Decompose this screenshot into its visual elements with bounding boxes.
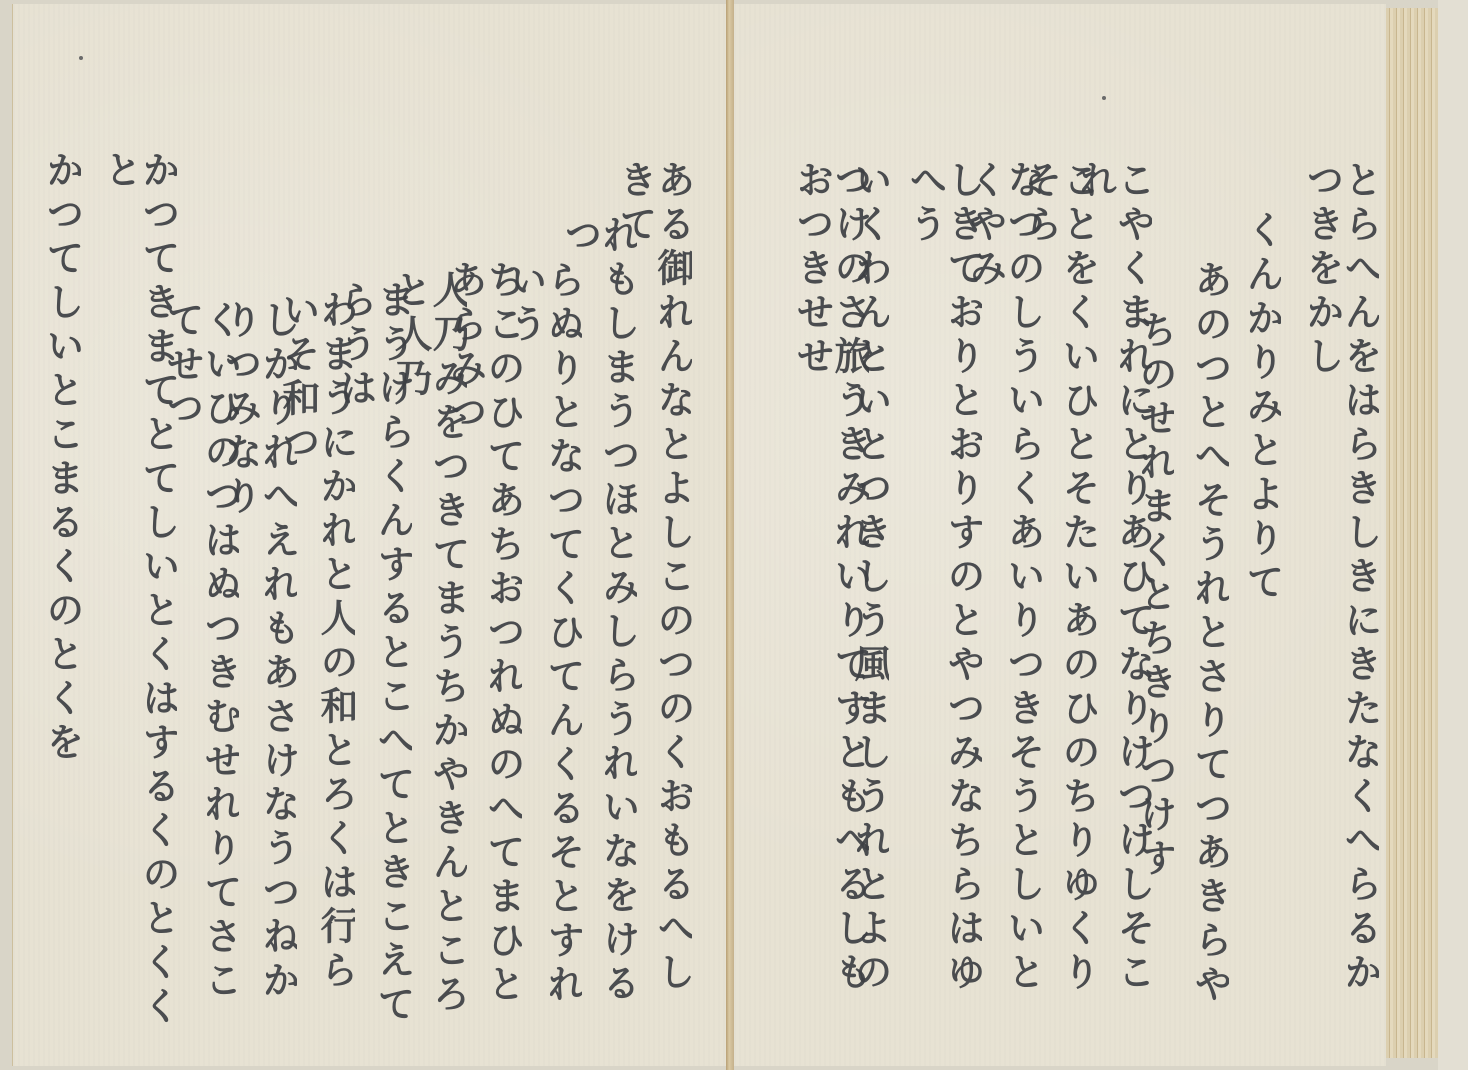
right-text-column: くんかりみとよりて (1243, 210, 1281, 606)
paper-speck (1102, 96, 1106, 100)
right-text-column: つけのさ旅うきみれいりてすともへるしもおつきせせ (793, 160, 869, 1030)
book-spread: とらへんをはらきしきにきたなくへらるかつきをかしくんかりみとよりてあのつとへそう… (0, 0, 1468, 1070)
left-text-column: かつてしいとこまるくのとくを (43, 150, 81, 766)
right-text-column: しきておりとおりすのとやつみなちらはゆへう (906, 160, 982, 1030)
paper-speck (79, 56, 83, 60)
background-right (1438, 0, 1468, 1070)
page-edges (1386, 8, 1438, 1058)
book-gutter (726, 0, 734, 1070)
right-text-column: あのつとへそうれとさりてつあきらや (1191, 260, 1229, 1008)
left-text-column: かつてきまてとてしいとくはするくのとくくと (101, 150, 177, 1030)
right-text-column: とらへんをはらきしきにきたなくへらるかつきをかし (1303, 160, 1379, 1030)
